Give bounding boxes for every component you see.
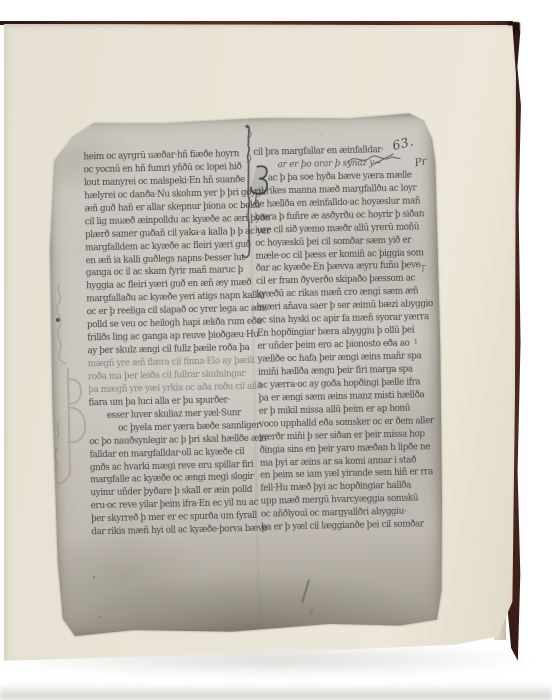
parchment-scratch: [301, 579, 310, 603]
manuscript-column-right: cil þra margfallar en æinfalldar·ar er þ…: [253, 143, 437, 535]
manuscript-photo: heim oc ayrgrū uæðar·hñ fiæðe hoyrnoc yo…: [45, 110, 448, 640]
book-page: heim oc ayrgrū uæðar·hñ fiæðe hoyrnoc yo…: [4, 24, 516, 662]
margin-t-mark: T: [420, 264, 427, 275]
parchment-specks: [93, 576, 95, 578]
facsimile-photo-area: heim oc ayrgrū uæðar·hñ fiæðe hoyrnoc yo…: [46, 90, 446, 642]
quire-mark: Pr: [414, 155, 428, 169]
faded-ornamental-initial-icon: [46, 361, 91, 502]
manuscript-text-line: dar rikis mæñ hyi oll ac kyæðe·þorva bæv…: [91, 523, 267, 540]
manuscript-column-left: heim oc ayrgrū uæðar·hñ fiæðe hoyrnoc yo…: [83, 148, 267, 540]
manuscript-text-line: þa er þ yæl cil læggianðe þei cil somðar: [261, 518, 437, 535]
book-photograph: heim oc ayrgrū uæðar·hñ fiæðe hoyrnoc yo…: [0, 0, 552, 700]
floor-shadow: [0, 684, 552, 700]
parchment-scratch-small: [309, 607, 314, 616]
margin-tick-mark: ı: [414, 336, 417, 346]
faded-margin-flourish-icon: [50, 282, 70, 366]
